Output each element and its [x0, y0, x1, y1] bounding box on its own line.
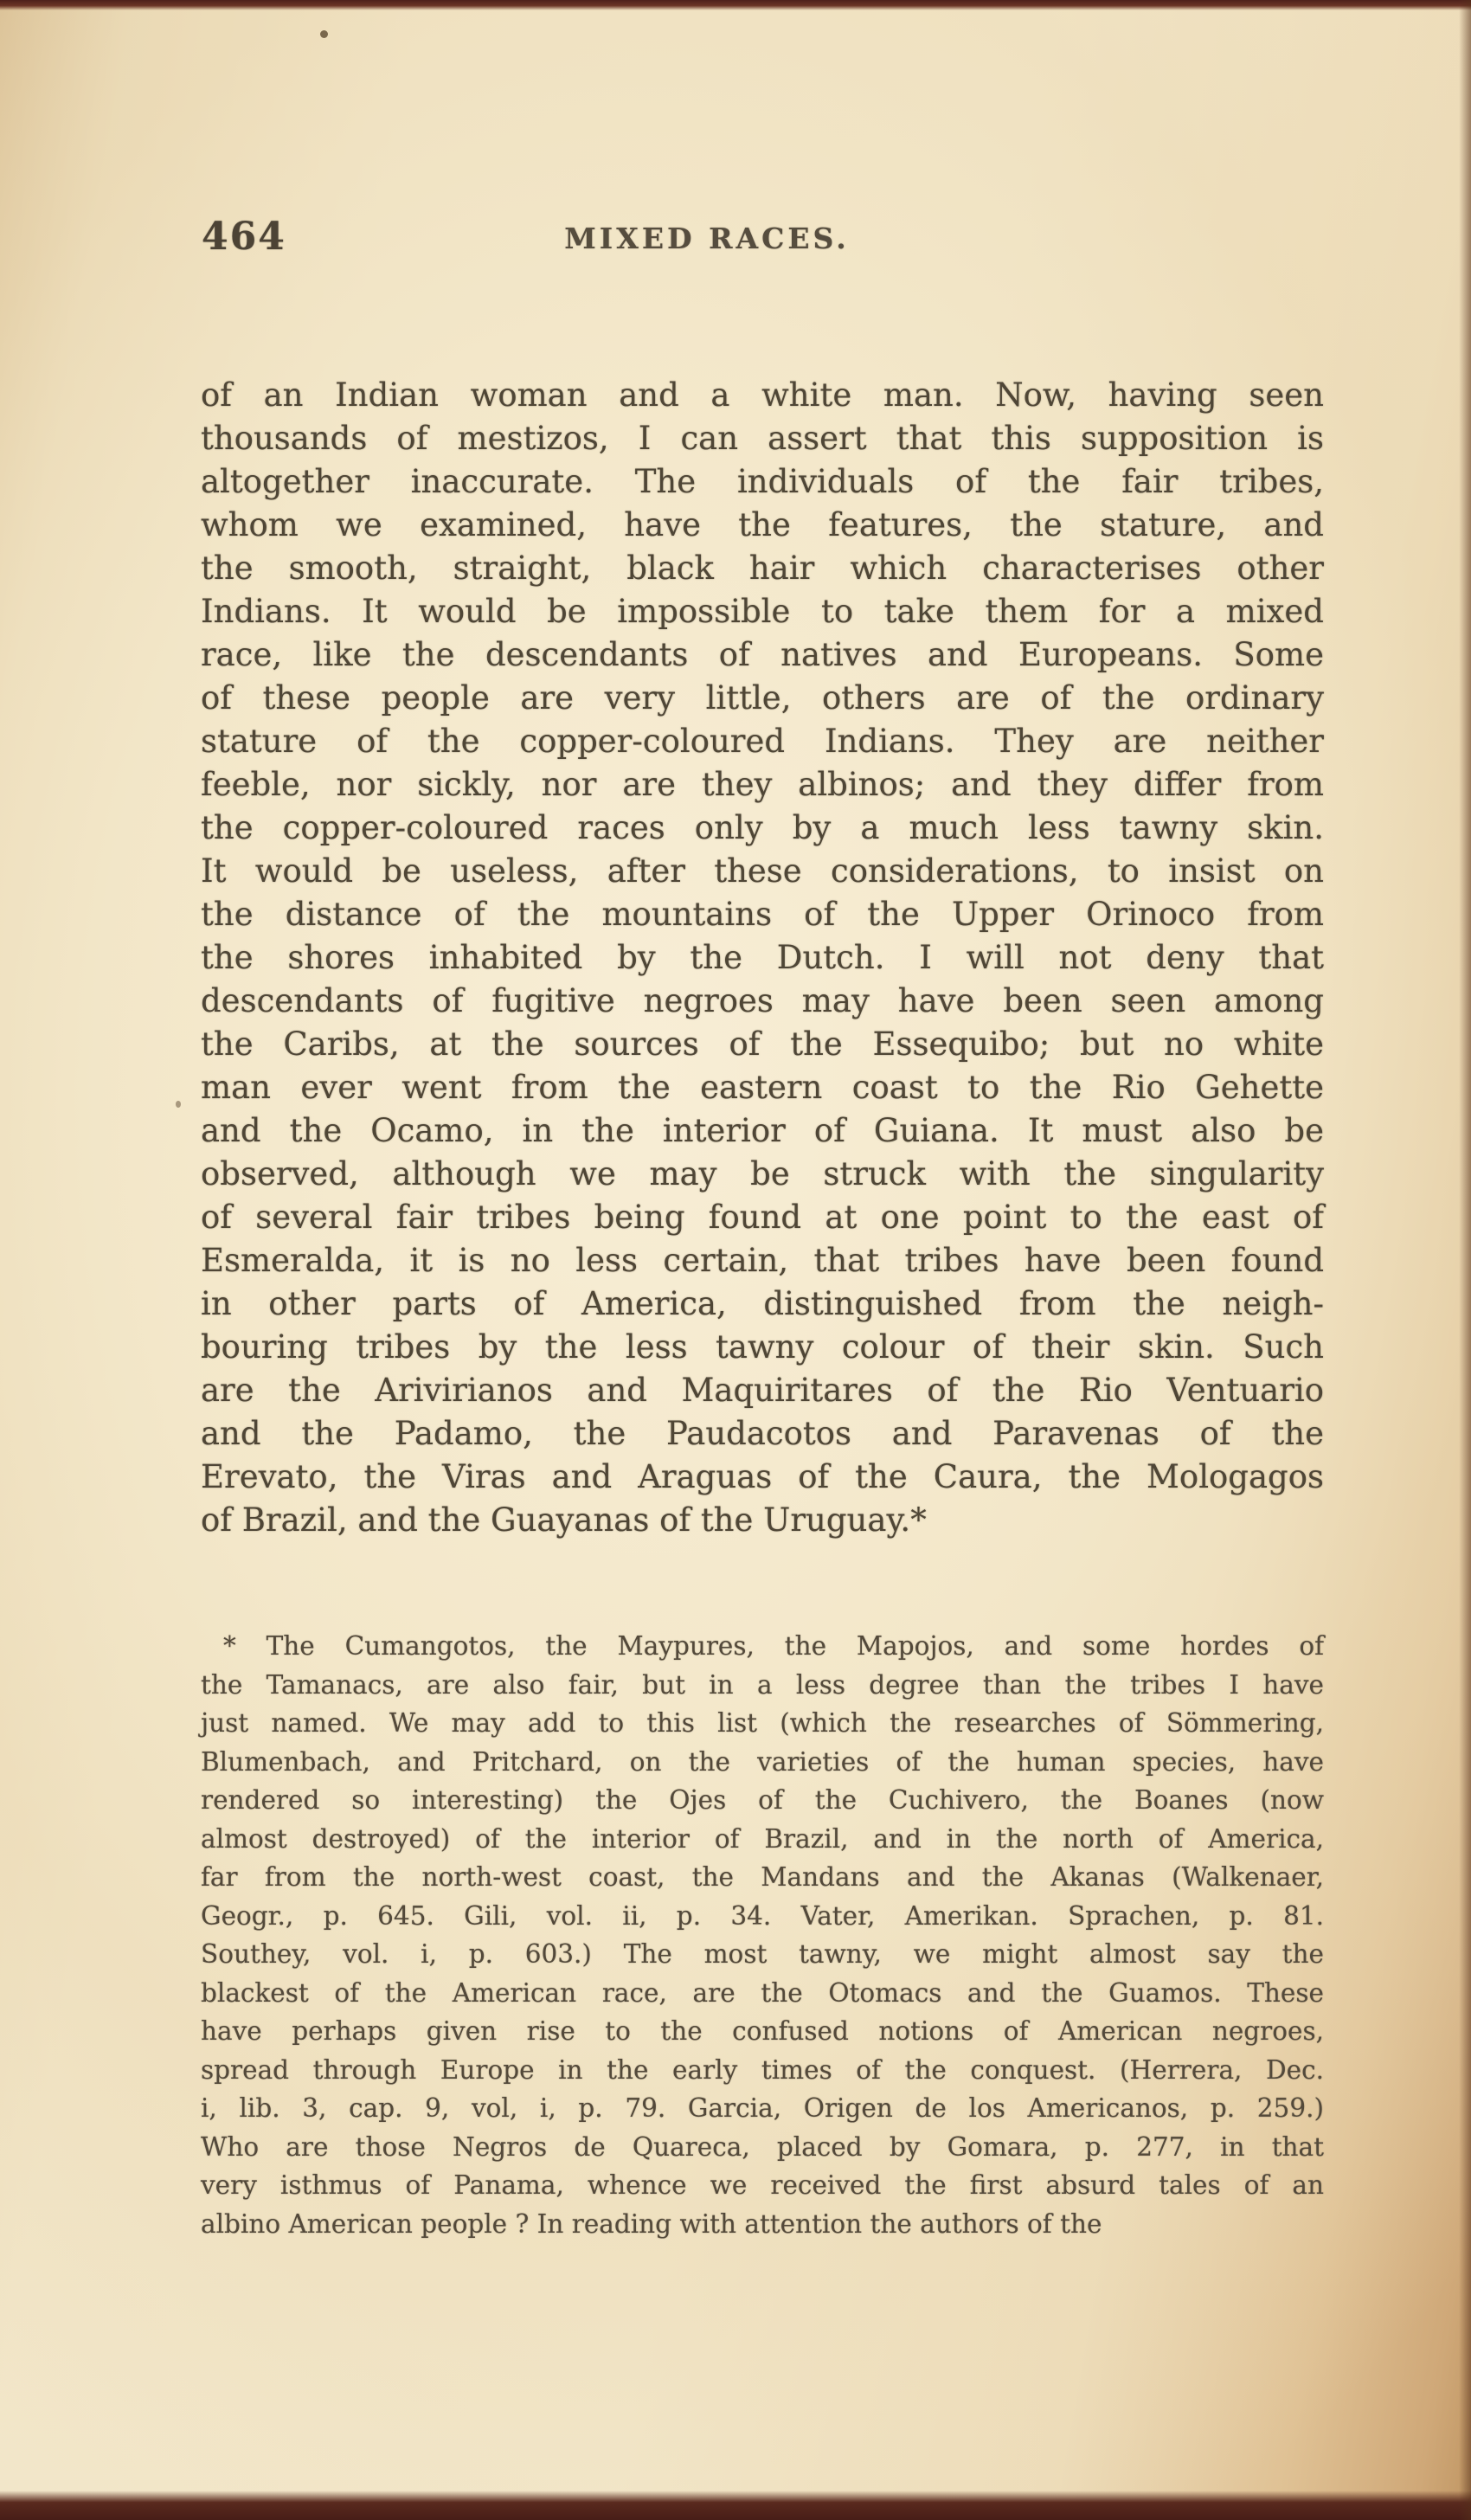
body-line: feeble, nor sickly, nor are they albinos…	[201, 763, 1324, 807]
footnote-line: have perhaps given rise to the confused …	[201, 2012, 1324, 2051]
paper-speck	[176, 1101, 181, 1108]
body-line: of an Indian woman and a white man. Now,…	[201, 374, 1324, 417]
body-line: the copper-coloured races only by a much…	[201, 807, 1324, 850]
footnote-line: Southey, vol. i, p. 603.) The most tawny…	[201, 1935, 1324, 1974]
footnote-line: the Tamanacs, are also fair, but in a le…	[201, 1666, 1324, 1705]
footnote-line: i, lib. 3, cap. 9, vol, i, p. 79. Garcia…	[201, 2089, 1324, 2128]
body-line: thousands of mestizos, I can assert that…	[201, 417, 1324, 460]
body-line: Indians. It would be impossible to take …	[201, 590, 1324, 633]
body-line: stature of the copper-coloured Indians. …	[201, 720, 1324, 763]
footnote-paragraph: * The Cumangotos, the Maypures, the Mapo…	[201, 1627, 1324, 2243]
paper-speck	[320, 30, 328, 38]
body-line: the Caribs, at the sources of the Essequ…	[201, 1023, 1324, 1066]
footnote-line: far from the north-west coast, the Manda…	[201, 1858, 1324, 1897]
body-line: the smooth, straight, black hair which c…	[201, 547, 1324, 590]
scan-edge-top	[0, 0, 1471, 10]
body-line: observed, although we may be struck with…	[201, 1153, 1324, 1196]
running-title: MIXED RACES.	[0, 222, 1414, 255]
body-line: altogether inaccurate. The individuals o…	[201, 460, 1324, 504]
body-line: the shores inhabited by the Dutch. I wil…	[201, 936, 1324, 980]
footnote-line: Blumenbach, and Pritchard, on the variet…	[201, 1743, 1324, 1782]
body-line: It would be useless, after these conside…	[201, 850, 1324, 893]
footnote-line: * The Cumangotos, the Maypures, the Mapo…	[201, 1627, 1324, 1666]
body-line: of Brazil, and the Guayanas of the Urugu…	[201, 1499, 1324, 1542]
body-line: man ever went from the eastern coast to …	[201, 1066, 1324, 1109]
footnote-line: blackest of the American race, are the O…	[201, 1974, 1324, 2013]
body-line: Erevato, the Viras and Araguas of the Ca…	[201, 1456, 1324, 1499]
footnote-line: spread through Europe in the early times…	[201, 2051, 1324, 2090]
body-line: and the Padamo, the Paudacotos and Parav…	[201, 1412, 1324, 1456]
footnote-line: Geogr., p. 645. Gili, vol. ii, p. 34. Va…	[201, 1897, 1324, 1936]
footnote-line: just named. We may add to this list (whi…	[201, 1704, 1324, 1743]
body-line: Esmeralda, it is no less certain, that t…	[201, 1239, 1324, 1282]
footnote-line: rendered so interesting) the Ojes of the…	[201, 1781, 1324, 1820]
body-line: the distance of the mountains of the Upp…	[201, 893, 1324, 936]
main-paragraph: of an Indian woman and a white man. Now,…	[201, 374, 1324, 1542]
body-line: bouring tribes by the less tawny colour …	[201, 1326, 1324, 1369]
footnote-line: almost destroyed) of the interior of Bra…	[201, 1820, 1324, 1859]
footnote-line: very isthmus of Panama, whence we receiv…	[201, 2166, 1324, 2205]
book-page-scan: 464 MIXED RACES. of an Indian woman and …	[0, 0, 1471, 2520]
body-line: descendants of fugitive negroes may have…	[201, 980, 1324, 1023]
body-line: and the Ocamo, in the interior of Guiana…	[201, 1109, 1324, 1153]
body-line: whom we examined, have the features, the…	[201, 504, 1324, 547]
footnote-line: Who are those Negros de Quareca, placed …	[201, 2128, 1324, 2167]
body-line: race, like the descendants of natives an…	[201, 633, 1324, 677]
body-line: in other parts of America, distinguished…	[201, 1282, 1324, 1326]
scan-edge-right	[1459, 0, 1471, 2520]
body-line: of these people are very little, others …	[201, 677, 1324, 720]
scan-edge-bottom	[0, 2491, 1471, 2520]
body-line: of several fair tribes being found at on…	[201, 1196, 1324, 1239]
footnote-line: albino American people ? In reading with…	[201, 2205, 1324, 2244]
body-line: are the Arivirianos and Maquiritares of …	[201, 1369, 1324, 1412]
